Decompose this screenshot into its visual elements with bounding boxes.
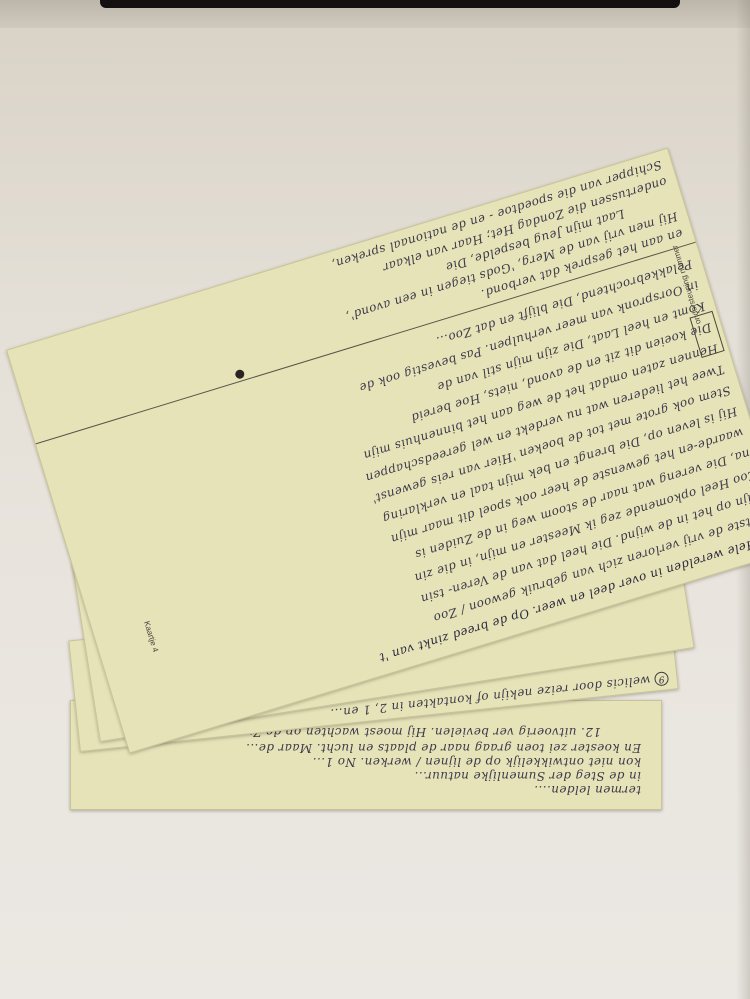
card-line: En koester zei toen graag naar de plaats…: [246, 741, 641, 755]
dark-object-top: [100, 0, 680, 8]
card-line: in de Steg der Sumenlijke natuur...: [414, 769, 641, 783]
card-number-circle: 9: [654, 671, 669, 686]
printed-label-kaartje: Kaartje 4: [142, 620, 160, 653]
card-line: kon niet ontwikkelijk op de lijnen / wer…: [312, 755, 641, 769]
punch-hole: [234, 369, 245, 380]
card-line: termen lelden....: [534, 783, 641, 797]
